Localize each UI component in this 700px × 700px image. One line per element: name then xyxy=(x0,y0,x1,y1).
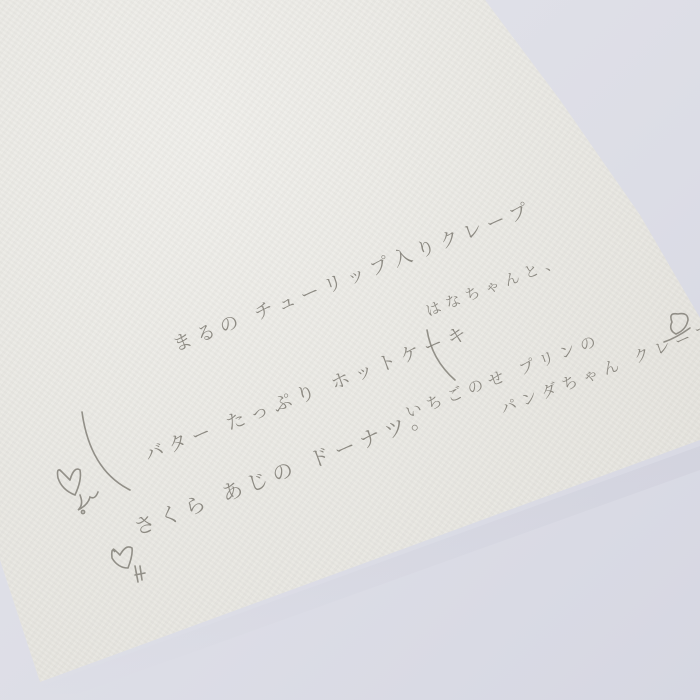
heart-doodle-bottom xyxy=(112,547,145,582)
bracket-curve-left xyxy=(82,412,130,490)
heart-doodle-left xyxy=(58,469,99,513)
photo-scene: まるの チューリップ入りクレープ バター たっぷり ホットケーキ さくら あじの… xyxy=(0,0,700,700)
